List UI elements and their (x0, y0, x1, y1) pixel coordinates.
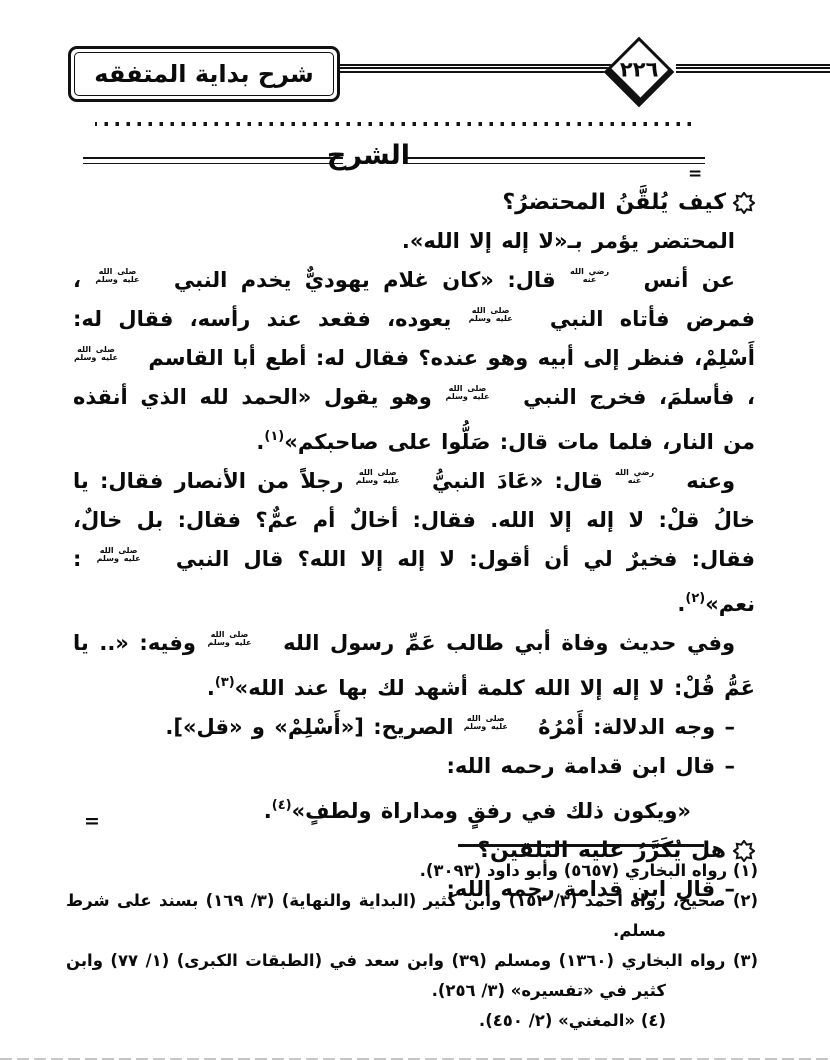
body-dash: – وجه الدلالة: أَمْرُهُ صلى اللهعليه وسل… (73, 708, 755, 747)
dotted-divider (95, 122, 691, 126)
honorific-ra-mark: رضي اللهعنه (569, 268, 630, 285)
footnote-item: (٢) صحيح، رواه أحمد (٣/ ١٥٢) وابن كثير (… (66, 886, 758, 946)
honorific-saw-mark: صلى اللهعليه وسلم (355, 469, 421, 486)
section-heading: كيف يُلقَّنُ المحتضرُ؟ (73, 183, 755, 222)
section-rule-left (83, 157, 343, 164)
page-number: ٢٢٦ (620, 57, 658, 81)
body-quote: «ويكون ذلك في رفقٍ ومداراة ولطفٍ»(٤). (73, 786, 755, 831)
continuation-mark-top: = (688, 164, 701, 184)
book-title: شرح بداية المتفقه (94, 60, 313, 88)
body-dash: – قال ابن قدامة رحمه الله: (73, 747, 755, 786)
honorific-saw-mark: صلى اللهعليه وسلم (96, 547, 162, 564)
body-blocks: كيف يُلقَّنُ المحتضرُ؟المحتضر يؤمر بـ«لا… (73, 183, 755, 909)
footnote-separator (458, 844, 704, 847)
section-title: الشرح (340, 140, 410, 171)
header-rule-left (328, 64, 624, 73)
header-rule-right (676, 64, 830, 73)
book-title-box: شرح بداية المتفقه (68, 46, 340, 102)
footnote-ref: (٣) (215, 675, 235, 690)
honorific-saw-mark: صلى اللهعليه وسلم (468, 307, 534, 324)
honorific-saw-mark: صلى اللهعليه وسلم (207, 631, 273, 648)
body-para: عن أنس رضي اللهعنه قال: «كان غلام يهوديٌ… (73, 261, 755, 462)
honorific-saw-mark: صلى اللهعليه وسلم (94, 268, 160, 285)
footnote-ref: (٢) (685, 591, 705, 606)
footnote-ref: (٤) (272, 798, 292, 813)
footnote-number: (١) (733, 861, 758, 880)
body-para: وعنه رضي اللهعنه قال: «عَادَ النبيُّ صلى… (73, 462, 755, 624)
footnote-ref: (١) (264, 429, 284, 444)
continuation-mark-bottom: = (84, 810, 99, 832)
footnote-number: (٢) (733, 891, 758, 910)
honorific-saw-mark: صلى اللهعليه وسلم (445, 385, 511, 402)
rub-el-hizb-icon (733, 192, 755, 214)
footnote-item: (٣) رواه البخاري (١٣٦٠) ومسلم (٣٩) وابن … (66, 946, 758, 1006)
book-page: شرح بداية المتفقه ٢٢٦ الشرح = كيف يُلقَّ… (0, 0, 830, 1060)
page-number-diamond: ٢٢٦ (604, 37, 675, 108)
footnote-item: (١) رواه البخاري (٥٦٥٧) وأبو داود (٣٠٩٣)… (66, 856, 758, 886)
body-para: المحتضر يؤمر بـ«لا إله إلا الله». (73, 222, 755, 261)
footnote-number: (٣) (733, 951, 758, 970)
honorific-saw-mark: صلى اللهعليه وسلم (73, 346, 139, 363)
honorific-ra-mark: رضي اللهعنه (614, 469, 675, 486)
footnotes-list: (١) رواه البخاري (٥٦٥٧) وأبو داود (٣٠٩٣)… (66, 856, 758, 1036)
section-rule-right (407, 157, 705, 164)
body-para: وفي حديث وفاة أبي طالب عَمِّ رسول الله ص… (73, 624, 755, 708)
footnote-number: (٤) (641, 1011, 666, 1030)
footnote-item: (٤) «المغني» (٢/ ٤٥٠). (66, 1006, 758, 1036)
heading-text: كيف يُلقَّنُ المحتضرُ؟ (502, 183, 726, 222)
honorific-saw-mark: صلى اللهعليه وسلم (463, 715, 529, 732)
